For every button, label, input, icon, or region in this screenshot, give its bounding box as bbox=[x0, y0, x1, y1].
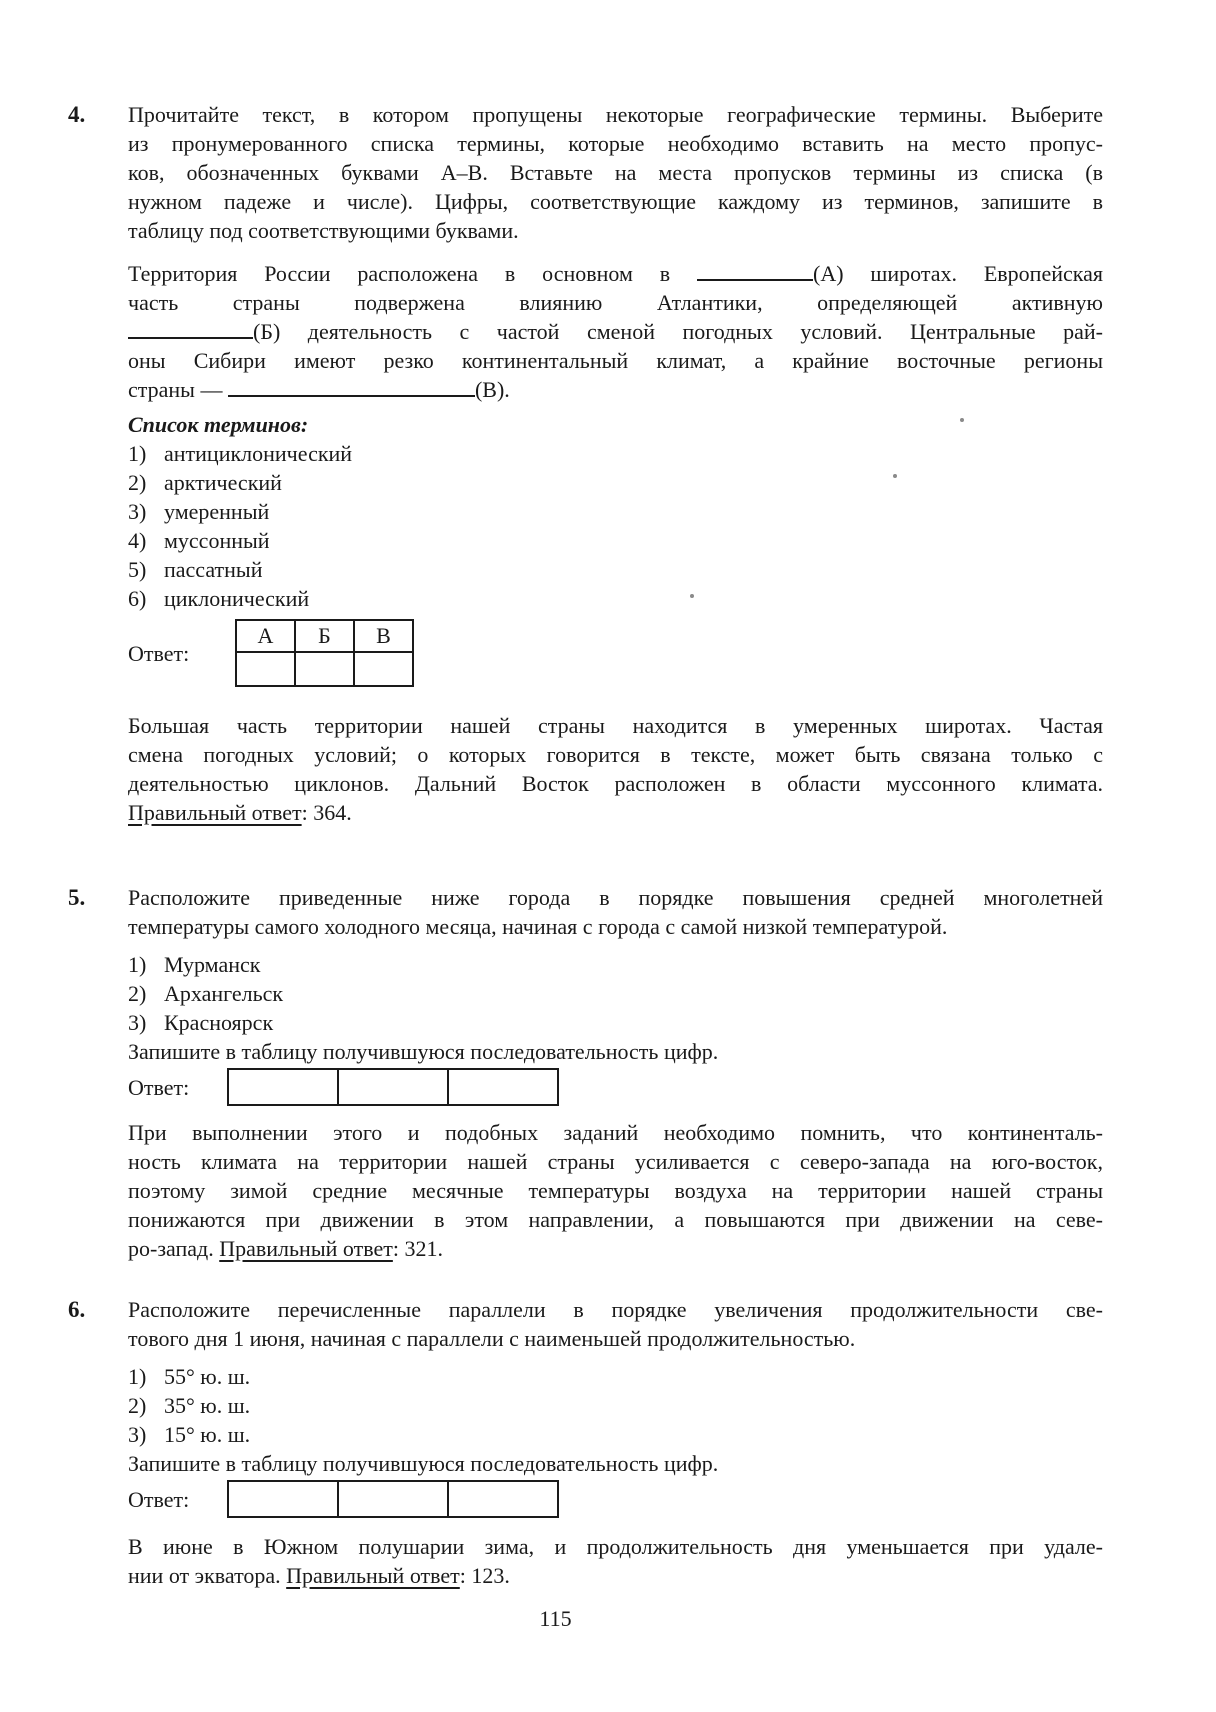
answer-table-input-row bbox=[228, 1069, 558, 1105]
task-4-answer-row: Ответ: А Б В bbox=[128, 619, 1103, 687]
scan-speck bbox=[690, 594, 694, 598]
task-4-body: Прочитайте текст, в котором пропущены не… bbox=[128, 100, 1103, 827]
answer-col-header: А bbox=[236, 620, 295, 652]
text-line: Правильный ответ: 364. bbox=[128, 798, 1103, 827]
task-4: 4. Прочитайте текст, в котором пропущены… bbox=[68, 100, 1216, 827]
task-5-answer-table bbox=[227, 1068, 559, 1106]
text-line: Территория России расположена в основном… bbox=[128, 259, 1103, 288]
task-6-answer-table bbox=[227, 1480, 559, 1518]
answer-col-header: Б bbox=[295, 620, 354, 652]
task-6-explanation: В июне в Южном полушарии зима, и продолж… bbox=[128, 1532, 1103, 1590]
task-6-statement: Расположите перечисленные параллели в по… bbox=[128, 1295, 1103, 1353]
answer-label: Ответ: bbox=[128, 1485, 227, 1514]
task-5-statement: Расположите приведенные ниже города в по… bbox=[128, 883, 1103, 941]
answer-table-input-row bbox=[236, 652, 413, 686]
list-item-label: Красноярск bbox=[164, 1008, 273, 1037]
list-item-number: 3) bbox=[128, 1420, 164, 1449]
list-item: 3)Красноярск bbox=[128, 1008, 1103, 1037]
text-line: Расположите перечисленные параллели в по… bbox=[128, 1295, 1103, 1324]
underlined-text: Правильный ответ bbox=[219, 1236, 393, 1261]
text-line: нужном падеже и числе). Цифры, соответст… bbox=[128, 187, 1103, 216]
list-item-label: 35° ю. ш. bbox=[164, 1391, 250, 1420]
text-line: страны — (В). bbox=[128, 375, 1103, 404]
task-4-answer-table: А Б В bbox=[235, 619, 414, 687]
list-item-number: 2) bbox=[128, 979, 164, 1008]
task-4-terms-list: 1)антициклонический2)арктический3)умерен… bbox=[128, 439, 1103, 613]
answer-table-header-row: А Б В bbox=[236, 620, 413, 652]
answer-cell-empty bbox=[448, 1481, 558, 1517]
list-item-number: 2) bbox=[128, 1391, 164, 1420]
text-line: поэтому зимой средние месячные температу… bbox=[128, 1176, 1103, 1205]
task-4-explanation: Большая часть территории нашей страны на… bbox=[128, 711, 1103, 827]
write-note: Запишите в таблицу получившуюся последов… bbox=[128, 1449, 1103, 1478]
text-line: понижаются при движении в этом направлен… bbox=[128, 1205, 1103, 1234]
list-item-number: 5) bbox=[128, 555, 164, 584]
list-item: 1)Мурманск bbox=[128, 950, 1103, 979]
list-item-label: циклонический bbox=[164, 584, 309, 613]
list-item: 1)антициклонический bbox=[128, 439, 1103, 468]
text-line: (Б) деятельность с частой сменой погодны… bbox=[128, 317, 1103, 346]
text-line: температуры самого холодного месяца, нач… bbox=[128, 912, 1103, 941]
text-line: таблицу под соответствующими буквами. bbox=[128, 216, 1103, 245]
fill-in-blank bbox=[697, 263, 813, 281]
answer-label: Ответ: bbox=[128, 639, 235, 668]
text-line: ков, обозначенных буквами А–В. Вставьте … bbox=[128, 158, 1103, 187]
task-5-answer-row: Ответ: bbox=[128, 1068, 1103, 1106]
list-item: 3)15° ю. ш. bbox=[128, 1420, 1103, 1449]
task-6-body: Расположите перечисленные параллели в по… bbox=[128, 1295, 1103, 1590]
list-item-number: 2) bbox=[128, 468, 164, 497]
task-5: 5. Расположите приведенные ниже города в… bbox=[68, 883, 1216, 1263]
underlined-text: Правильный ответ bbox=[286, 1563, 460, 1588]
answer-cell-empty bbox=[354, 652, 413, 686]
text-line: тового дня 1 июня, начиная с параллели с… bbox=[128, 1324, 1103, 1353]
text-line: ро-запад. Правильный ответ: 321. bbox=[128, 1234, 1103, 1263]
list-item-number: 3) bbox=[128, 497, 164, 526]
answer-cell-empty bbox=[236, 652, 295, 686]
list-item: 3)умеренный bbox=[128, 497, 1103, 526]
scan-speck bbox=[960, 418, 964, 422]
answer-cell-empty bbox=[448, 1069, 558, 1105]
text-line: В июне в Южном полушарии зима, и продолж… bbox=[128, 1532, 1103, 1561]
list-item-label: арктический bbox=[164, 468, 282, 497]
list-item-number: 1) bbox=[128, 950, 164, 979]
text-line: Расположите приведенные ниже города в по… bbox=[128, 883, 1103, 912]
task-6-number: 6. bbox=[68, 1295, 128, 1590]
answer-col-header: В bbox=[354, 620, 413, 652]
page-number: 115 bbox=[68, 1604, 1043, 1633]
list-item-label: умеренный bbox=[164, 497, 269, 526]
answer-label: Ответ: bbox=[128, 1073, 227, 1102]
text-line: оны Сибири имеют резко континентальный к… bbox=[128, 346, 1103, 375]
list-item: 6)циклонический bbox=[128, 584, 1103, 613]
task-4-number: 4. bbox=[68, 100, 128, 827]
text-line: нии от экватора. Правильный ответ: 123. bbox=[128, 1561, 1103, 1590]
scan-speck bbox=[893, 474, 897, 478]
task-4-instructions: Прочитайте текст, в котором пропущены не… bbox=[128, 100, 1103, 245]
list-item-number: 3) bbox=[128, 1008, 164, 1037]
task-6: 6. Расположите перечисленные параллели в… bbox=[68, 1295, 1216, 1590]
task-5-number: 5. bbox=[68, 883, 128, 1263]
list-item: 2)Архангельск bbox=[128, 979, 1103, 1008]
text-line: смена погодных условий; о которых говори… bbox=[128, 740, 1103, 769]
text-line: часть страны подвержена влиянию Атлантик… bbox=[128, 288, 1103, 317]
fill-in-blank bbox=[228, 379, 475, 397]
scanned-exam-page: 4. Прочитайте текст, в котором пропущены… bbox=[0, 0, 1216, 1712]
terms-heading: Список терминов: bbox=[128, 410, 1103, 439]
list-item-number: 1) bbox=[128, 1362, 164, 1391]
list-item: 2)35° ю. ш. bbox=[128, 1391, 1103, 1420]
list-item-label: 15° ю. ш. bbox=[164, 1420, 250, 1449]
list-item: 2)арктический bbox=[128, 468, 1103, 497]
list-item-label: Архангельск bbox=[164, 979, 283, 1008]
list-item-number: 6) bbox=[128, 584, 164, 613]
answer-cell-empty bbox=[338, 1069, 448, 1105]
underlined-text: Правильный ответ bbox=[128, 800, 302, 825]
write-note: Запишите в таблицу получившуюся последов… bbox=[128, 1037, 1103, 1066]
list-item-label: пассатный bbox=[164, 555, 262, 584]
list-item-number: 1) bbox=[128, 439, 164, 468]
text-line: Прочитайте текст, в котором пропущены не… bbox=[128, 100, 1103, 129]
task-5-body: Расположите приведенные ниже города в по… bbox=[128, 883, 1103, 1263]
answer-table-input-row bbox=[228, 1481, 558, 1517]
task-5-explanation: При выполнении этого и подобных заданий … bbox=[128, 1118, 1103, 1263]
text-line: Большая часть территории нашей страны на… bbox=[128, 711, 1103, 740]
text-line: из пронумерованного списка термины, кото… bbox=[128, 129, 1103, 158]
text-line: деятельностью циклонов. Дальний Восток р… bbox=[128, 769, 1103, 798]
answer-cell-empty bbox=[228, 1069, 338, 1105]
list-item: 4)муссонный bbox=[128, 526, 1103, 555]
list-item-label: муссонный bbox=[164, 526, 270, 555]
text-line: При выполнении этого и подобных заданий … bbox=[128, 1118, 1103, 1147]
list-item-label: антициклонический bbox=[164, 439, 352, 468]
text-line: ность климата на территории нашей страны… bbox=[128, 1147, 1103, 1176]
fill-in-blank bbox=[128, 321, 253, 339]
list-item-label: Мурманск bbox=[164, 950, 260, 979]
answer-cell-empty bbox=[338, 1481, 448, 1517]
answer-cell-empty bbox=[228, 1481, 338, 1517]
task-5-options-list: 1)Мурманск2)Архангельск3)Красноярск bbox=[128, 950, 1103, 1037]
list-item: 5)пассатный bbox=[128, 555, 1103, 584]
list-item: 1)55° ю. ш. bbox=[128, 1362, 1103, 1391]
task-6-answer-row: Ответ: bbox=[128, 1480, 1103, 1518]
answer-cell-empty bbox=[295, 652, 354, 686]
task-4-passage: Территория России расположена в основном… bbox=[128, 259, 1103, 404]
task-6-options-list: 1)55° ю. ш.2)35° ю. ш.3)15° ю. ш. bbox=[128, 1362, 1103, 1449]
list-item-label: 55° ю. ш. bbox=[164, 1362, 250, 1391]
list-item-number: 4) bbox=[128, 526, 164, 555]
